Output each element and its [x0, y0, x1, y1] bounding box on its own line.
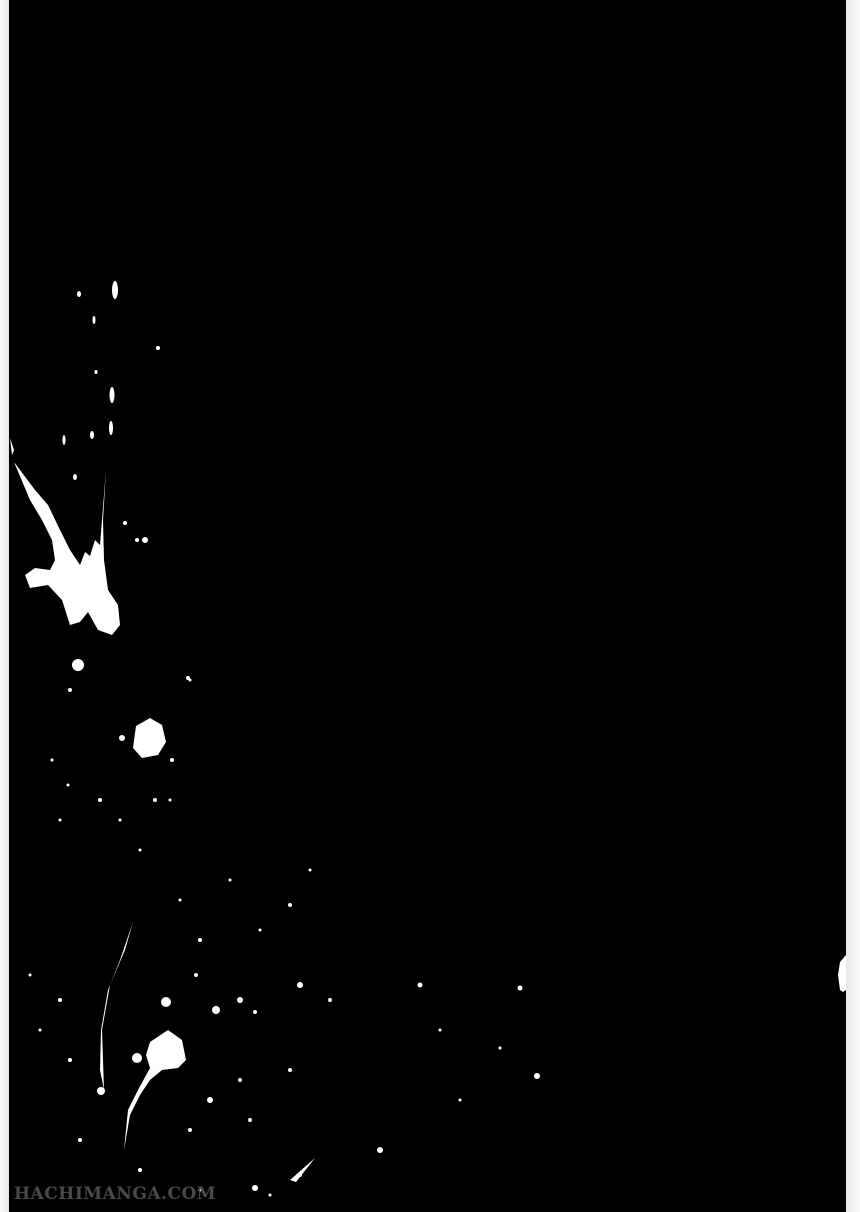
site-watermark: HACHIMANGA.COM	[14, 1184, 216, 1204]
ink-splatter-art	[0, 0, 860, 1212]
manga-page: HACHIMANGA.COM	[0, 0, 860, 1212]
